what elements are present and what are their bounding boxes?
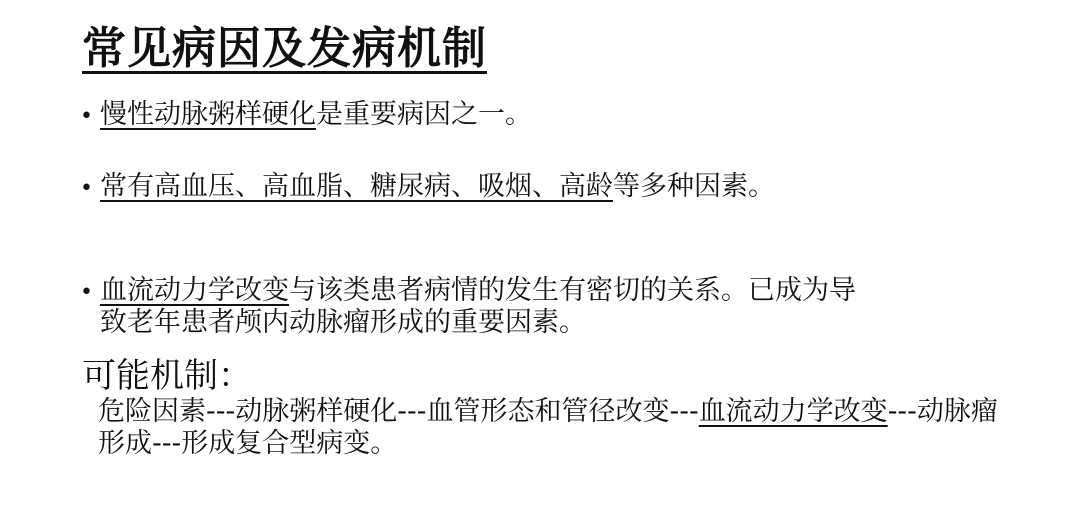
bullet-1-underlined: 慢性动脉粥样硬化: [100, 99, 316, 130]
bullet-1-text: 是重要病因之一。: [316, 99, 532, 130]
bullet-3: •血流动力学改变与该类患者病情的发生有密切的关系。已成为导 致老年患者颅内动脉瘤…: [80, 276, 856, 338]
bullet-2-underlined: 常有高血压、高血脂、糖尿病、吸烟、高龄: [100, 171, 613, 202]
mechanism-text: 危险因素---动脉粥样硬化---血管形态和管径改变---血流动力学改变---动脉…: [98, 396, 998, 460]
bullet-dot-icon: •: [80, 278, 100, 308]
mechanism-part-1: 危险因素---动脉粥样硬化---血管形态和管径改变---: [98, 396, 699, 427]
bullet-3-text: 与该类患者病情的发生有密切的关系。已成为导: [289, 275, 856, 306]
bullet-dot-icon: •: [80, 102, 100, 132]
mechanism-heading: 可能机制：: [82, 348, 252, 397]
slide-title: 常见病因及发病机制: [82, 12, 487, 76]
bullet-1: •慢性动脉粥样硬化是重要病因之一。: [80, 100, 532, 132]
bullet-dot-icon: •: [80, 174, 100, 204]
bullet-2-text: 等多种因素。: [613, 171, 775, 202]
bullet-2: •常有高血压、高血脂、糖尿病、吸烟、高龄等多种因素。: [80, 172, 775, 204]
mechanism-underlined: 血流动力学改变: [699, 396, 888, 427]
bullet-3-continuation: 致老年患者颅内动脉瘤形成的重要因素。: [80, 308, 856, 338]
bullet-3-underlined: 血流动力学改变: [100, 275, 289, 306]
